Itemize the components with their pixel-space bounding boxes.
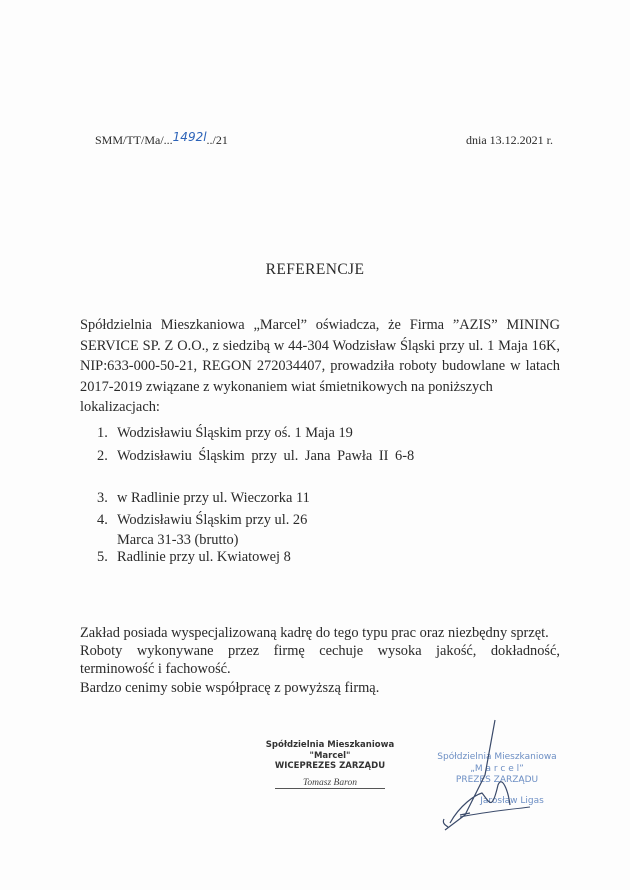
- stamp-org: Spółdzielnia Mieszkaniowa: [255, 740, 405, 751]
- handwritten-number: 1492l: [173, 130, 207, 144]
- intro-paragraph: Spółdzielnia Mieszkaniowa „Marcel” oświa…: [80, 315, 560, 418]
- location-item: 1.Wodzisławiu Śląskim przy oś. 1 Maja 19: [97, 423, 457, 443]
- intro-last-line: lokalizacjach:: [80, 397, 560, 418]
- document-date: dnia 13.12.2021 r.: [466, 133, 553, 148]
- location-item: 4.Wodzisławiu Śląskim przy ul. 26 Marca …: [97, 510, 337, 550]
- closing-line-1: Zakład posiada wyspecjalizowaną kadrę do…: [80, 624, 560, 642]
- item-number: 2.: [97, 446, 117, 466]
- item-text: Radlinie przy ul. Kwiatowej 8: [117, 547, 291, 567]
- handwritten-signature-icon: [420, 715, 560, 835]
- location-item: 5.Radlinie przy ul. Kwiatowej 8: [97, 547, 457, 567]
- stamp-role: WICEPREZES ZARZĄDU: [255, 761, 405, 772]
- item-number: 5.: [97, 547, 117, 567]
- document-title: REFERENCJE: [0, 261, 630, 279]
- reference-number: SMM/TT/Ma/...1492l../21: [95, 133, 228, 148]
- location-item: 3.w Radlinie przy ul. Wieczorka 11: [97, 488, 457, 508]
- closing-paragraph: Zakład posiada wyspecjalizowaną kadrę do…: [80, 624, 560, 697]
- item-text: Wodzisławiu Śląskim przy oś. 1 Maja 19: [117, 423, 353, 443]
- intro-text: Spółdzielnia Mieszkaniowa „Marcel” oświa…: [80, 315, 560, 397]
- signatory-name: Tomasz Baron: [275, 778, 385, 790]
- item-text: Wodzisławiu Śląskim przy ul. Jana Pawła …: [117, 446, 414, 466]
- reference-suffix: ../21: [207, 133, 228, 147]
- item-text: w Radlinie przy ul. Wieczorka 11: [117, 488, 310, 508]
- item-text: Wodzisławiu Śląskim przy ul. 26 Marca 31…: [117, 510, 337, 550]
- stamp-name: "Marcel": [255, 751, 405, 762]
- reference-prefix: SMM/TT/Ma/...: [95, 133, 173, 147]
- closing-line-3: Bardzo cenimy sobie współpracę z powyższ…: [80, 679, 560, 697]
- item-number: 1.: [97, 423, 117, 443]
- location-item: 2.Wodzisławiu Śląskim przy ul. Jana Pawł…: [97, 446, 457, 466]
- item-number: 4.: [97, 510, 117, 550]
- stamp-vice-president: Spółdzielnia Mieszkaniowa "Marcel" WICEP…: [255, 740, 405, 789]
- item-number: 3.: [97, 488, 117, 508]
- closing-line-2: Roboty wykonywane przez firmę cechuje wy…: [80, 642, 560, 678]
